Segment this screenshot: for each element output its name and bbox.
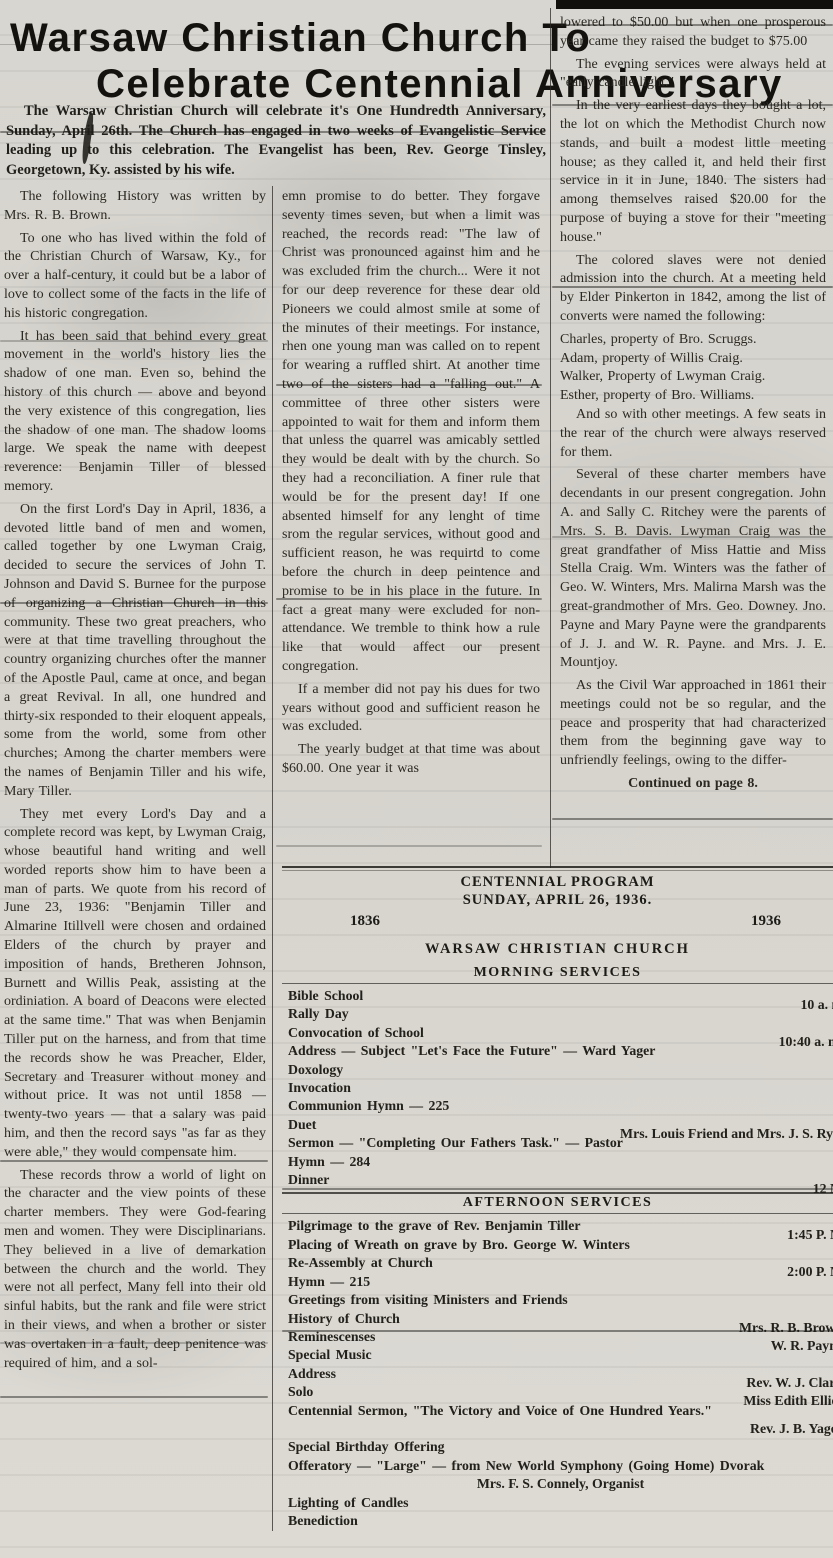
column-divider bbox=[272, 186, 273, 1531]
program-item-label: Offeratory — "Large" — from New World Sy… bbox=[288, 1458, 764, 1473]
program-row: Convocation of School10:40 a. m. bbox=[288, 1024, 833, 1042]
program-row: Rally Day bbox=[288, 1005, 833, 1023]
program-row: Centennial Sermon, "The Victory and Voic… bbox=[288, 1402, 833, 1420]
paragraph: The evening services were always held at… bbox=[560, 56, 826, 94]
program-item-label: History of Church bbox=[288, 1311, 400, 1326]
paragraph: lowered to $50.00 but when one prosperou… bbox=[560, 14, 826, 52]
paragraph: The yearly budget at that time was about… bbox=[282, 741, 540, 779]
paragraph: It has been said that behind every great… bbox=[4, 328, 266, 497]
column-right: lowered to $50.00 but when one prosperou… bbox=[560, 14, 826, 864]
paragraph: They met every Lord's Day and a complete… bbox=[4, 806, 266, 1163]
program-item-label: Greetings from visiting Ministers and Fr… bbox=[288, 1292, 568, 1307]
program-row: Dinner12 M bbox=[288, 1171, 833, 1189]
paragraph: In the very earliest days they bought a … bbox=[560, 97, 826, 247]
program-item-label: Convocation of School bbox=[288, 1025, 424, 1040]
column-left: The following History was written by Mrs… bbox=[4, 188, 266, 1540]
morning-services-list: Bible School10 a. mRally DayConvocation … bbox=[282, 984, 833, 1189]
program-row: Benediction bbox=[288, 1512, 833, 1530]
program-item-label: Duet bbox=[288, 1117, 316, 1132]
program-row: Rev. J. B. Yager bbox=[288, 1420, 833, 1438]
program-row: Special Music bbox=[288, 1346, 833, 1364]
program-item-label: Invocation bbox=[288, 1080, 351, 1095]
program-item-label: Solo bbox=[288, 1384, 313, 1399]
paragraph: On the first Lord's Day in April, 1836, … bbox=[4, 501, 266, 802]
program-date: SUNDAY, APRIL 26, 1936. bbox=[282, 891, 833, 909]
paragraph: If a member did not pay his dues for two… bbox=[282, 681, 540, 737]
program-row: ReminescensesW. R. Payne bbox=[288, 1328, 833, 1346]
program-row: Invocation bbox=[288, 1079, 833, 1097]
program-row: Special Birthday Offering bbox=[288, 1438, 833, 1456]
program-item-label: Doxology bbox=[288, 1062, 343, 1077]
paragraph: As the Civil War approached in 1861 thei… bbox=[560, 677, 826, 771]
paragraph: emn promise to do better. They forgave s… bbox=[282, 188, 540, 677]
morning-services-heading: MORNING SERVICES bbox=[282, 964, 833, 984]
program-item-detail: Rev. J. B. Yager bbox=[750, 1420, 833, 1438]
paragraph: Charles, property of Bro. Scruggs. bbox=[560, 331, 826, 350]
program-years: 1836 1936 bbox=[282, 913, 833, 935]
program-row: Lighting of Candles bbox=[288, 1494, 833, 1512]
program-row: SoloMiss Edith Elliot bbox=[288, 1383, 833, 1401]
lead-paragraph: The Warsaw Christian Church will celebra… bbox=[6, 102, 546, 180]
program-item-label: Hymn — 215 bbox=[288, 1274, 370, 1289]
program-church-name: WARSAW CHRISTIAN CHURCH bbox=[282, 941, 833, 958]
program-item-label: Re-Assembly at Church bbox=[288, 1255, 433, 1270]
paragraph: Continued on page 8. bbox=[560, 775, 826, 794]
paragraph: Esther, property of Bro. Williams. bbox=[560, 387, 826, 406]
year-1836: 1836 bbox=[350, 913, 380, 930]
paragraph: These records throw a world of light on … bbox=[4, 1167, 266, 1374]
program-item-label: Bible School bbox=[288, 988, 363, 1003]
headline-line-1: Warsaw Christian Church To bbox=[10, 16, 591, 61]
program-row: Placing of Wreath on grave by Bro. Georg… bbox=[288, 1236, 833, 1254]
program-item-detail: 12 M bbox=[813, 1180, 833, 1198]
program-row: Greetings from visiting Ministers and Fr… bbox=[288, 1291, 833, 1309]
year-1936: 1936 bbox=[751, 913, 781, 930]
centennial-program: CENTENNIAL PROGRAM SUNDAY, APRIL 26, 193… bbox=[282, 866, 833, 1558]
paragraph: The following History was written by Mrs… bbox=[4, 188, 266, 226]
program-row: Pilgrimage to the grave of Rev. Benjamin… bbox=[288, 1217, 833, 1235]
program-row: Hymn — 284 bbox=[288, 1153, 833, 1171]
program-row: Offeratory — "Large" — from New World Sy… bbox=[288, 1457, 833, 1475]
paragraph: The colored slaves were not denied admis… bbox=[560, 252, 826, 327]
paragraph: Several of these charter members have de… bbox=[560, 466, 826, 673]
program-item-label: Reminescenses bbox=[288, 1329, 375, 1344]
afternoon-services-list: Pilgrimage to the grave of Rev. Benjamin… bbox=[282, 1214, 833, 1530]
program-row: History of ChurchMrs. R. B. Brown bbox=[288, 1310, 833, 1328]
program-title: CENTENNIAL PROGRAM bbox=[282, 873, 833, 891]
program-row: Sermon — "Completing Our Fathers Task." … bbox=[288, 1134, 833, 1152]
program-item-label: Pilgrimage to the grave of Rev. Benjamin… bbox=[288, 1218, 580, 1233]
program-item-label: Hymn — 284 bbox=[288, 1154, 370, 1169]
program-item-label: Centennial Sermon, "The Victory and Voic… bbox=[288, 1403, 712, 1418]
paragraph: To one who has lived within the fold of … bbox=[4, 230, 266, 324]
column-divider bbox=[550, 8, 551, 868]
program-item-label: Lighting of Candles bbox=[288, 1495, 409, 1510]
program-row: Re-Assembly at Church2:00 P. M bbox=[288, 1254, 833, 1272]
program-row: Doxology bbox=[288, 1061, 833, 1079]
program-row: Mrs. F. S. Connely, Organist bbox=[288, 1475, 833, 1493]
paragraph: Walker, Property of Lwyman Craig. bbox=[560, 368, 826, 387]
program-item-label: Address — Subject "Let's Face the Future… bbox=[288, 1043, 655, 1058]
column-middle: emn promise to do better. They forgave s… bbox=[282, 188, 540, 888]
newspaper-page: { "masthead": { "line1": "Warsaw Christi… bbox=[0, 0, 833, 1558]
program-row: Hymn — 215 bbox=[288, 1273, 833, 1291]
program-row: Communion Hymn — 225 bbox=[288, 1097, 833, 1115]
afternoon-services-heading: AFTERNOON SERVICES bbox=[282, 1192, 833, 1214]
program-item-label: Communion Hymn — 225 bbox=[288, 1098, 449, 1113]
program-item-label: Benediction bbox=[288, 1513, 358, 1528]
program-item-center: Mrs. F. S. Connely, Organist bbox=[288, 1475, 833, 1493]
page-edge-bar bbox=[556, 0, 833, 9]
program-row: DuetMrs. Louis Friend and Mrs. J. S. Ryl… bbox=[288, 1116, 833, 1134]
paragraph: Adam, property of Willis Craig. bbox=[560, 350, 826, 369]
program-row: Bible School10 a. m bbox=[288, 987, 833, 1005]
program-item-label: Placing of Wreath on grave by Bro. Georg… bbox=[288, 1237, 630, 1252]
program-item-label: Special Birthday Offering bbox=[288, 1439, 445, 1454]
program-item-label: Special Music bbox=[288, 1347, 372, 1362]
program-item-label: Rally Day bbox=[288, 1006, 349, 1021]
program-row: AddressRev. W. J. Clark bbox=[288, 1365, 833, 1383]
program-item-label: Address bbox=[288, 1366, 336, 1381]
program-item-label: Sermon — "Completing Our Fathers Task." … bbox=[288, 1135, 623, 1150]
program-item-label: Dinner bbox=[288, 1172, 329, 1187]
paragraph: And so with other meetings. A few seats … bbox=[560, 406, 826, 462]
program-row: Address — Subject "Let's Face the Future… bbox=[288, 1042, 833, 1060]
